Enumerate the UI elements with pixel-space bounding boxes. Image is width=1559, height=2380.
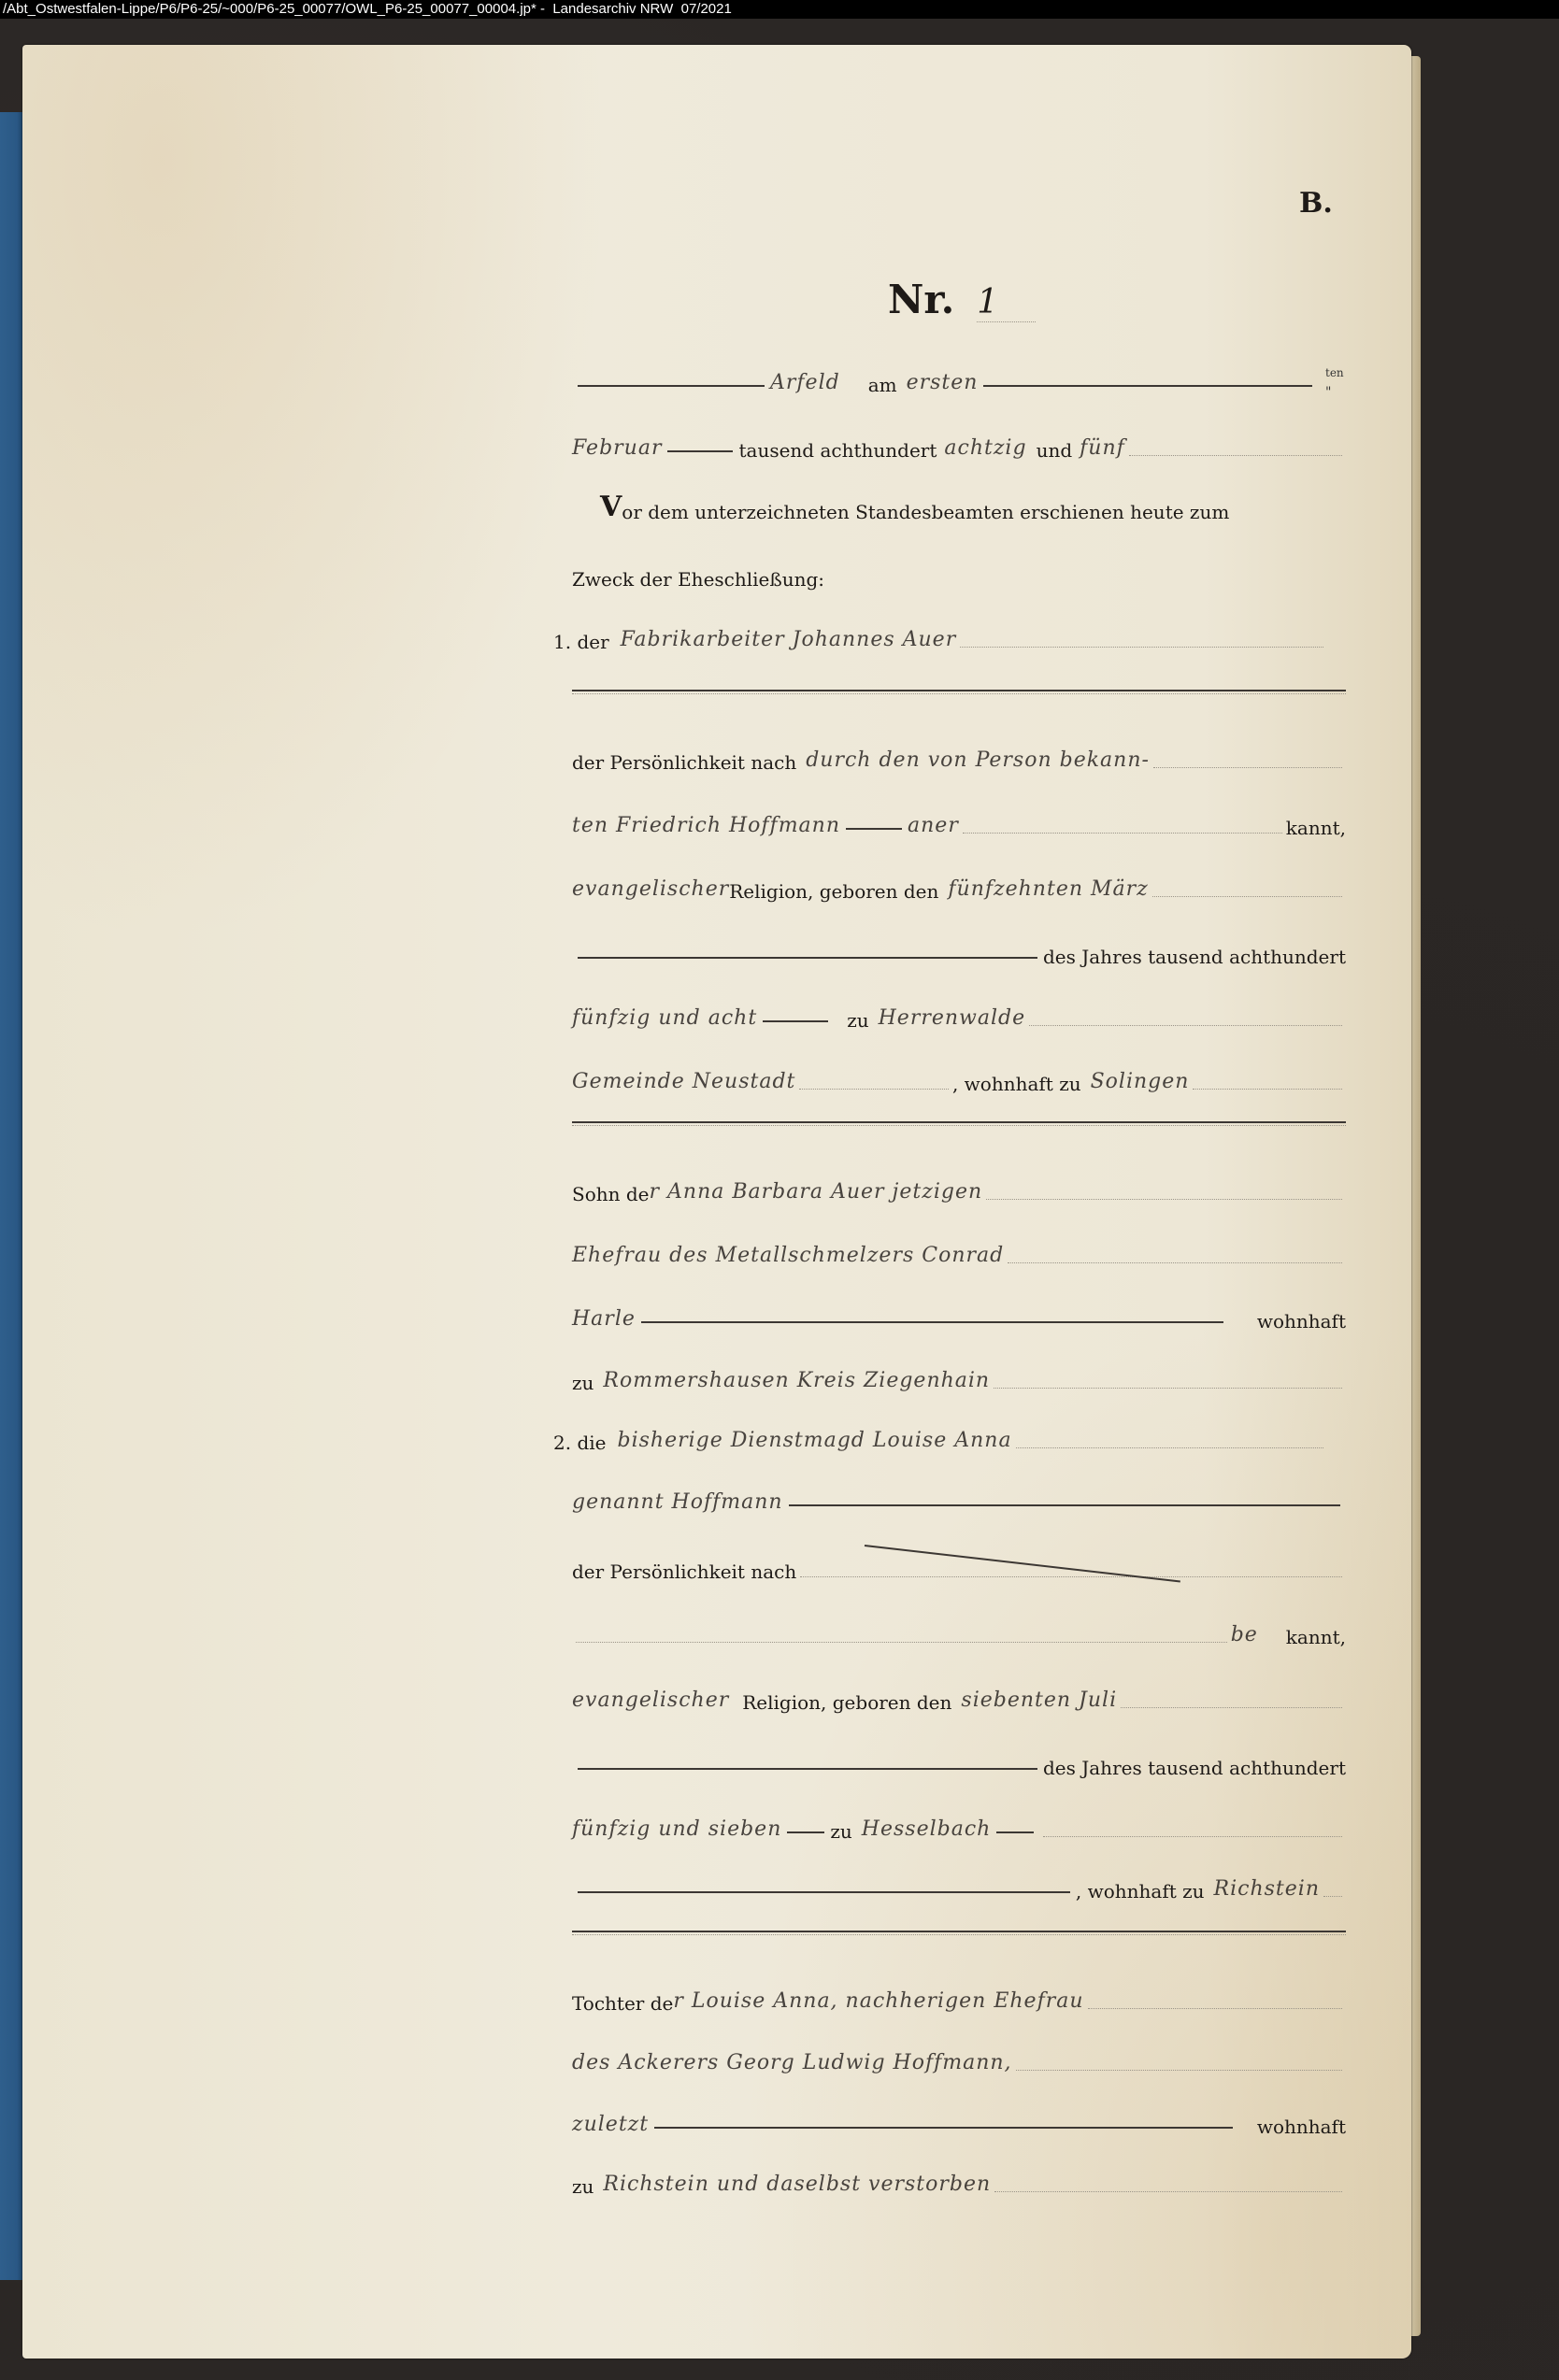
fill-rule — [667, 450, 733, 452]
bride-identity-line: der Persönlichkeit nach — [572, 1542, 1346, 1583]
groom-birth-line: fünfzig und acht zu Herrenwalde — [572, 990, 1346, 1032]
dotted-fill — [994, 2191, 1342, 2192]
dotted-fill — [1129, 455, 1342, 456]
daughter-label: Tochter de — [572, 1992, 673, 2015]
bride-parents-line-1: Tochter de r Louise Anna, nachherigen Eh… — [572, 1974, 1346, 2015]
fill-rule — [846, 828, 902, 830]
bride-residence-rule — [572, 1931, 1346, 1935]
groom-identity-suffix-hw: aner — [908, 814, 959, 837]
groom-name: Fabrikarbeiter Johannes Auer — [621, 628, 957, 651]
form-letter: B. — [1299, 187, 1333, 220]
dotted-fill — [1121, 1707, 1342, 1708]
groom-parents-3: Harle — [572, 1307, 636, 1331]
groom-birth-place: Herrenwalde — [879, 1006, 1026, 1030]
page-stack-edge — [1411, 56, 1421, 2336]
dotted-fill — [963, 833, 1282, 834]
groom-parents-2: Ehefrau des Metallschmelzers Conrad — [572, 1244, 1004, 1267]
fill-rule — [789, 1504, 1340, 1506]
groom-residence: Solingen — [1091, 1070, 1190, 1093]
window-title-bar: /Abt_Ostwestfalen-Lippe/P6/P6-25/~000/P6… — [0, 0, 1559, 19]
son-label: Sohn de — [572, 1183, 650, 1205]
groom-parents-residence: Rommershausen Kreis Ziegenhain — [603, 1369, 990, 1392]
groom-birth-day: fünfzehnten März — [948, 877, 1148, 901]
bride-index-label: 2. die — [553, 1432, 606, 1454]
dotted-fill — [1029, 1025, 1342, 1026]
year-tens-value: achtzig — [944, 436, 1026, 460]
groom-parents-line-3: Harle wohnhaft — [572, 1291, 1346, 1333]
groom-identity-suffix: kannt, — [1286, 817, 1346, 839]
bride-residence-label: , wohnhaft zu — [1076, 1880, 1205, 1903]
groom-religion-label: Religion, geboren den — [729, 880, 938, 903]
intro-line: V or dem unterzeichneten Standesbeamten … — [572, 482, 1346, 523]
dotted-fill — [1193, 1089, 1342, 1090]
fill-rule — [578, 1891, 1070, 1893]
bride-religion-label: Religion, geboren den — [742, 1691, 951, 1714]
groom-year-line: des Jahres tausend achthundert — [572, 927, 1346, 968]
bride-parents-residence-line: zu Richstein und daselbst verstorben — [572, 2157, 1346, 2198]
bride-residence: Richstein — [1214, 1877, 1320, 1901]
und-label: und — [1037, 439, 1073, 462]
dotted-fill — [1043, 1836, 1342, 1837]
record-number: Nr. 1 — [888, 277, 1036, 322]
bride-parents-1: r Louise Anna, nachherigen Ehefrau — [673, 1989, 1083, 2013]
groom-identity-value-1: durch den von Person bekann- — [806, 748, 1150, 772]
bride-parents-2: des Ackerers Georg Ludwig Hoffmann, — [572, 2051, 1012, 2074]
groom-parents-1: r Anna Barbara Auer jetzigen — [650, 1180, 983, 1204]
dotted-fill — [994, 1388, 1342, 1389]
bride-identity-suffix: kannt, — [1286, 1626, 1346, 1648]
fill-rule — [578, 385, 765, 387]
number-label: Nr. — [888, 277, 954, 322]
fill-rule — [787, 1831, 824, 1833]
groom-identity-line-2: ten Friedrich Hoffmann aner kannt, — [572, 798, 1346, 839]
bride-name-line: 2. die bisherige Dienstmagd Louise Anna — [553, 1413, 1327, 1454]
fill-rule — [996, 1831, 1034, 1833]
intro-initial: V — [600, 491, 622, 523]
fill-rule — [983, 385, 1312, 387]
day-value: ersten — [907, 371, 979, 394]
fill-rule — [654, 2127, 1233, 2129]
place-value: Arfeld — [770, 371, 840, 394]
groom-zu-label: zu — [847, 1009, 868, 1032]
dotted-fill — [1323, 1896, 1342, 1897]
fill-rule — [763, 1020, 828, 1022]
book-cover-edge — [0, 112, 24, 2280]
groom-identity-value-2: ten Friedrich Hoffmann — [572, 814, 840, 837]
bride-parents-residence-label: wohnhaft — [1257, 2116, 1346, 2138]
dotted-fill — [799, 1089, 949, 1090]
groom-parents-residence-label: wohnhaft — [1257, 1310, 1346, 1333]
dotted-fill — [576, 1642, 1227, 1643]
dotted-fill — [800, 1576, 1342, 1577]
bride-identity-label: der Persönlichkeit nach — [572, 1561, 796, 1583]
intro-text-2: Zweck der Eheschließung: — [572, 568, 824, 591]
groom-residence-line: Gemeinde Neustadt , wohnhaft zu Solingen — [572, 1054, 1346, 1095]
dotted-fill — [1016, 1447, 1323, 1448]
bride-birth-place: Hesselbach — [862, 1817, 992, 1841]
fill-rule — [578, 1768, 1037, 1770]
bride-parents-residence: Richstein und daselbst verstorben — [603, 2173, 991, 2196]
dotted-fill — [960, 647, 1323, 648]
year-units-value: fünf — [1080, 436, 1125, 460]
groom-parents-residence-line: zu Rommershausen Kreis Ziegenhain — [572, 1353, 1346, 1394]
dotted-fill — [986, 1199, 1342, 1200]
groom-year-label: des Jahres tausend achthundert — [1043, 946, 1346, 968]
groom-birth-place-2: Gemeinde Neustadt — [572, 1070, 795, 1093]
number-value: 1 — [977, 283, 1036, 322]
groom-name-rule — [572, 690, 1346, 694]
bride-religion-value: evangelischer — [572, 1689, 729, 1712]
bride-identity-suffix-hw: be — [1231, 1623, 1258, 1646]
bride-birth-day: siebenten Juli — [961, 1689, 1117, 1712]
groom-religion-line: evangelischer Religion, geboren den fünf… — [572, 862, 1346, 903]
bride-residence-line: , wohnhaft zu Richstein — [572, 1861, 1346, 1903]
intro-line-2: Zweck der Eheschließung: — [572, 549, 1346, 591]
bride-birth-year: fünfzig und sieben — [572, 1817, 781, 1841]
groom-parents-zu-label: zu — [572, 1372, 594, 1394]
bride-name-line-2: genannt Hoffmann — [572, 1475, 1346, 1516]
groom-parents-line-2: Ehefrau des Metallschmelzers Conrad — [572, 1228, 1346, 1269]
intro-text: or dem unterzeichneten Standesbeamten er… — [622, 501, 1229, 523]
groom-residence-rule — [572, 1121, 1346, 1126]
bride-birth-line: fünfzig und sieben zu Hesselbach — [572, 1802, 1346, 1843]
groom-identity-line: der Persönlichkeit nach durch den von Pe… — [572, 733, 1346, 774]
dotted-fill — [1153, 767, 1342, 768]
year-printed-label: tausend achthundert — [738, 439, 937, 462]
bride-name-2: genannt Hoffmann — [572, 1490, 783, 1514]
dotted-fill — [1016, 2070, 1342, 2071]
fill-rule — [578, 957, 1037, 959]
dotted-fill — [1088, 2008, 1342, 2009]
bride-name-1: bisherige Dienstmagd Louise Anna — [617, 1429, 1011, 1452]
month-value: Februar — [572, 436, 662, 460]
bride-year-line: des Jahres tausend achthundert — [572, 1738, 1346, 1779]
groom-identity-label: der Persönlichkeit nach — [572, 751, 796, 774]
bride-parents-zu-label: zu — [572, 2175, 594, 2198]
groom-religion-value: evangelischer — [572, 877, 729, 901]
bride-identity-line-2: be kannt, — [572, 1607, 1346, 1648]
bride-religion-line: evangelischer Religion, geboren den sieb… — [572, 1673, 1346, 1714]
bride-parents-3: zuletzt — [572, 2113, 649, 2136]
bride-year-label: des Jahres tausend achthundert — [1043, 1757, 1346, 1779]
place-date-line: Arfeld am ersten — [572, 355, 1346, 396]
bride-zu-label: zu — [830, 1820, 851, 1843]
bride-parents-line-2: des Ackerers Georg Ludwig Hoffmann, — [572, 2035, 1346, 2076]
dotted-fill — [1152, 896, 1342, 897]
bride-parents-line-3: zuletzt wohnhaft — [572, 2097, 1346, 2138]
groom-residence-label: , wohnhaft zu — [952, 1073, 1081, 1095]
groom-name-line: 1. der Fabrikarbeiter Johannes Auer — [553, 612, 1327, 653]
groom-index-label: 1. der — [553, 631, 609, 653]
month-year-line: Februar tausend achthundert achtzig und … — [572, 420, 1346, 462]
dotted-fill — [1008, 1262, 1342, 1263]
am-label: am — [868, 374, 897, 396]
fill-rule — [641, 1321, 1223, 1323]
groom-parents-line-1: Sohn de r Anna Barbara Auer jetzigen — [572, 1164, 1346, 1205]
groom-birth-year: fünfzig und acht — [572, 1006, 757, 1030]
